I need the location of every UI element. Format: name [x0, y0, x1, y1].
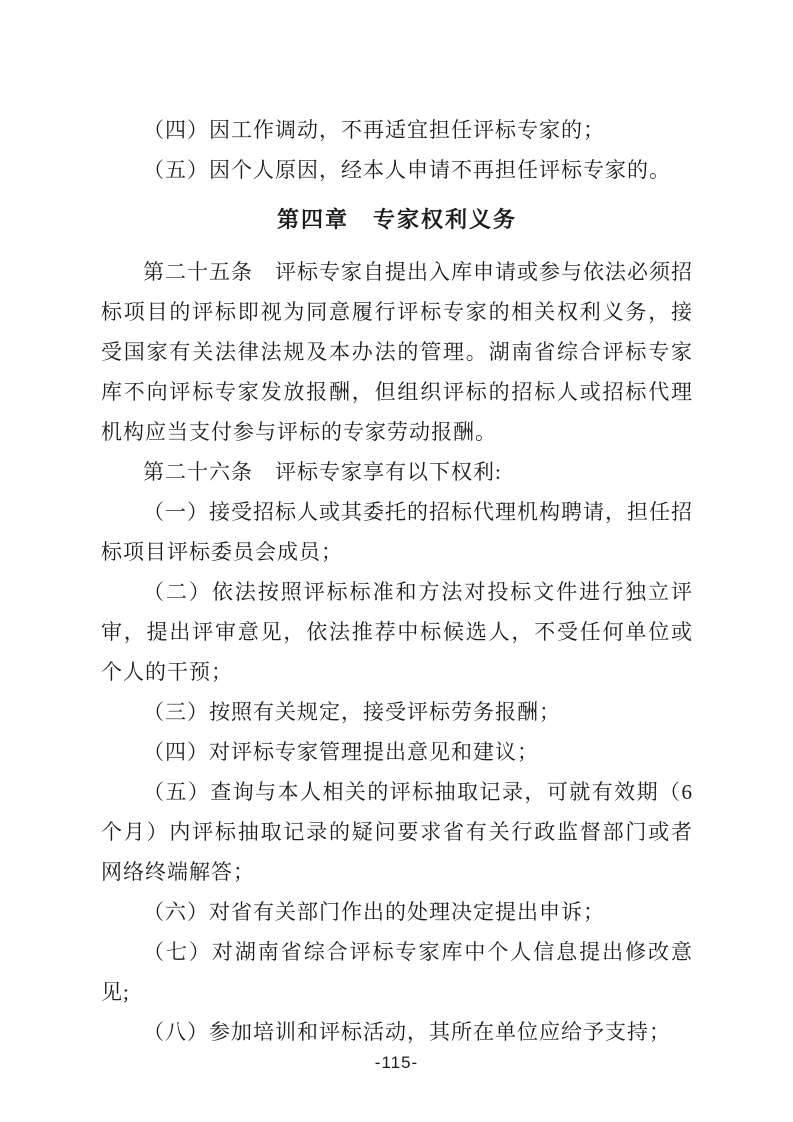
right-item-6: （六）对省有关部门作出的处理决定提出申诉； — [101, 892, 693, 932]
document-body: （四）因工作调动，不再适宜担任评标专家的； （五）因个人原因，经本人申请不再担任… — [101, 110, 693, 1052]
chapter-heading: 第四章 专家权利义务 — [101, 200, 693, 240]
article-25-paragraph: 第二十五条 评标专家自提出入库申请或参与依法必须招标项目的评标即视为同意履行评标… — [101, 252, 693, 452]
clause-item-5: （五）因个人原因，经本人申请不再担任评标专家的。 — [101, 150, 693, 190]
right-item-3: （三）按照有关规定，接受评标劳务报酬； — [101, 692, 693, 732]
right-item-7: （七）对湖南省综合评标专家库中个人信息提出修改意见; — [101, 932, 693, 1012]
article-26-paragraph: 第二十六条 评标专家享有以下权利: — [101, 452, 693, 492]
page-number: -115- — [0, 1053, 793, 1073]
right-item-1: （一）接受招标人或其委托的招标代理机构聘请，担任招标项目评标委员会成员； — [101, 492, 693, 572]
right-item-5: （五）查询与本人相关的评标抽取记录，可就有效期（6个月）内评标抽取记录的疑问要求… — [101, 772, 693, 892]
right-item-8: （八）参加培训和评标活动，其所在单位应给予支持； — [101, 1012, 693, 1052]
right-item-2: （二）依法按照评标标准和方法对投标文件进行独立评审，提出评审意见，依法推荐中标候… — [101, 572, 693, 692]
document-page: （四）因工作调动，不再适宜担任评标专家的； （五）因个人原因，经本人申请不再担任… — [0, 0, 793, 1122]
right-item-4: （四）对评标专家管理提出意见和建议； — [101, 732, 693, 772]
clause-item-4: （四）因工作调动，不再适宜担任评标专家的； — [101, 110, 693, 150]
